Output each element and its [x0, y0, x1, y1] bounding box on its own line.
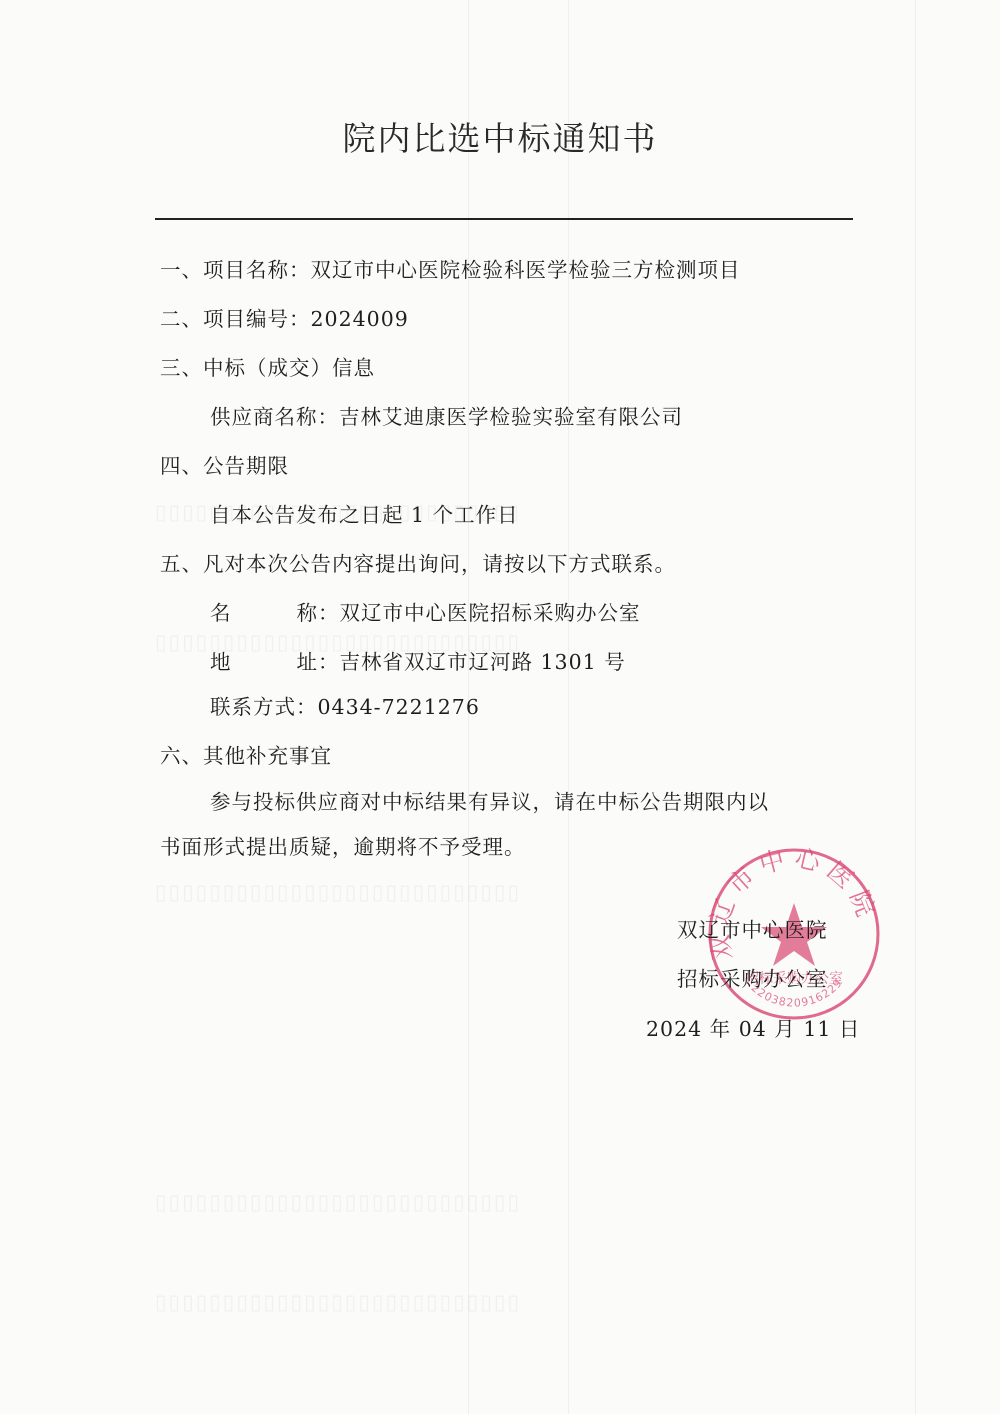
section-contact: 五、凡对本次公告内容提出询问，请按以下方式联系。 [160, 550, 676, 578]
bleed-through: ▯▯▯▯▯▯▯▯▯▯▯▯▯▯▯▯▯▯▯▯▯▯▯▯▯▯▯ [155, 1290, 855, 1314]
contact-name-row: 名称：双辽市中心医院招标采购办公室 [210, 599, 641, 627]
contact-address-row: 地址：吉林省双辽市辽河路 1301 号 [210, 648, 626, 676]
section-notice-period: 四、公告期限 [160, 452, 289, 480]
section-project-name: 一、项目名称：双辽市中心医院检验科医学检验三方检测项目 [160, 256, 741, 284]
colon: ： [296, 695, 318, 719]
contact-name-value: 双辽市中心医院招标采购办公室 [340, 601, 641, 625]
document-title: 院内比选中标通知书 [0, 113, 1000, 160]
bleed-through: ▯▯▯▯▯▯▯▯▯▯▯▯▯▯▯▯▯▯▯▯▯▯▯▯▯▯▯ [155, 1190, 855, 1214]
bleed-through: ▯▯▯▯▯▯▯▯▯▯▯▯▯▯▯▯▯▯▯▯▯▯▯▯▯▯▯ [155, 880, 855, 904]
colon: ： [318, 601, 340, 625]
contact-address-label: 地址 [210, 648, 318, 676]
colon: ： [318, 650, 340, 674]
signature-date: 2024 年 04 月 11 日 [646, 1012, 860, 1042]
notice-period-text: 自本公告发布之日起 1 个工作日 [210, 501, 519, 529]
scan-artifact [915, 0, 916, 1414]
section-other: 六、其他补充事宜 [160, 742, 332, 770]
contact-phone-label: 联系方式 [210, 695, 296, 719]
signature-dept: 招标采购办公室 [677, 962, 828, 992]
svg-text:双辽市中心医院: 双辽市中心医院 [705, 845, 883, 962]
contact-phone-row: 联系方式：0434-7221276 [210, 693, 480, 721]
contact-phone-value: 0434-7221276 [318, 695, 480, 719]
section-project-number: 二、项目编号：2024009 [160, 305, 409, 333]
signature-org: 双辽市中心医院 [677, 913, 828, 943]
supplier-name: 供应商名称：吉林艾迪康医学检验实验室有限公司 [210, 403, 683, 431]
contact-name-label: 名称 [210, 599, 318, 627]
other-text-line-2: 书面形式提出质疑，逾期将不予受理。 [160, 833, 526, 861]
other-text-line-1: 参与投标供应商对中标结果有异议，请在中标公告期限内以 [210, 788, 769, 816]
contact-address-value: 吉林省双辽市辽河路 1301 号 [340, 650, 626, 674]
title-divider [155, 218, 853, 220]
section-award-info: 三、中标（成交）信息 [160, 354, 375, 382]
scan-artifact [568, 0, 569, 1414]
